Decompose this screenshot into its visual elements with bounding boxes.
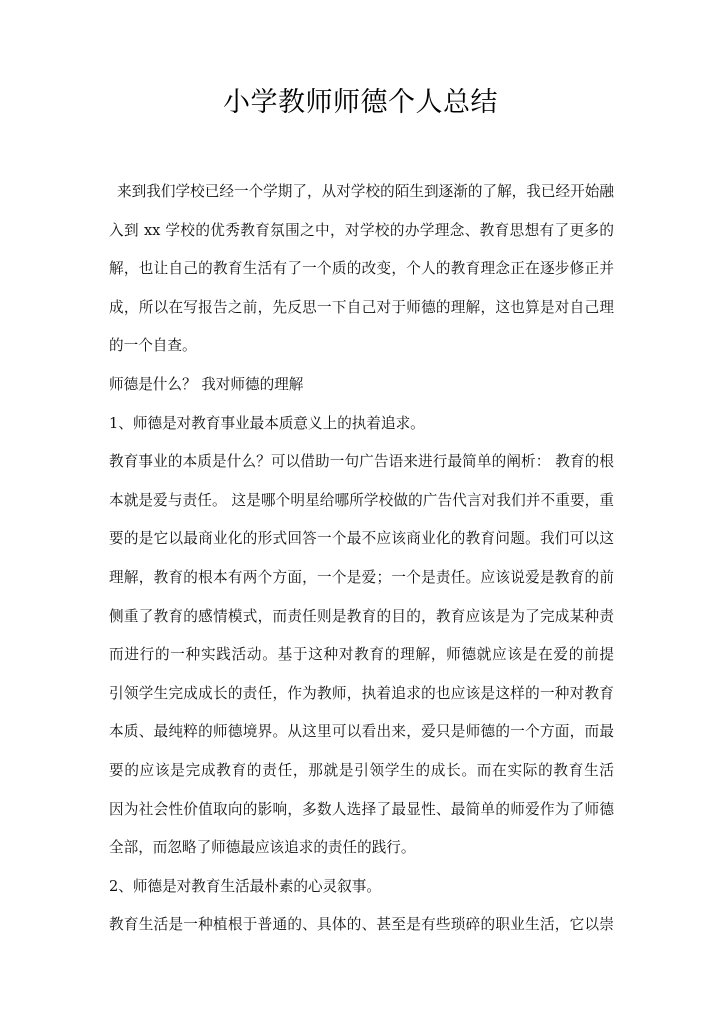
section-heading: 师德是什么？ 我对师德的理解 — [109, 366, 614, 405]
text-line: 入到 xx 学校的优秀教育氛围之中，对学校的办学理念、教育思想有了更多的理 — [109, 212, 614, 251]
document-title: 小学教师师德个人总结 — [0, 85, 721, 121]
text-line: 解，也让自己的教育生活有了一个质的改变，个人的教育理念正在逐步修正并形 — [109, 250, 614, 289]
numbered-heading: 1、师德是对教育事业最本质意义上的执着追求。 — [109, 405, 614, 444]
text-line: 而进行的一种实践活动。基于这种对教育的理解，师德就应该是在爱的前提下， — [109, 636, 614, 675]
text-line: 本就是爱与责任。 这是哪个明星给哪所学校做的广告代言对我们并不重要，重 — [109, 482, 614, 521]
text-line: 要的应该是完成教育的责任，那就是引领学生的成长。而在实际的教育生活中， — [109, 752, 614, 791]
text-line: 来到我们学校已经一个学期了，从对学校的陌生到逐渐的了解，我已经开始融 — [109, 173, 614, 212]
numbered-heading: 2、师德是对教育生活最朴素的心灵叙事。 — [109, 868, 614, 907]
text-line: 本质、最纯粹的师德境界。从这里可以看出来，爱只是师德的一个方面，而最重 — [109, 713, 614, 752]
text-line: 因为社会性价值取向的影响，多数人选择了最显性、最简单的师爱作为了师德的 — [109, 791, 614, 830]
text-line: 侧重了教育的感情模式，而责任则是教育的目的，教育应该是为了完成某种责任 — [109, 598, 614, 637]
text-line: 理解，教育的根本有两个方面，一个是爱；一个是责任。应该说爱是教育的前提 — [109, 559, 614, 598]
text-line: 要的是它以最商业化的形式回答一个最不应该商业化的教育问题。我们可以这样 — [109, 520, 614, 559]
text-line: 引领学生完成成长的责任，作为教师，执着追求的也应该是这样的一种对教育最 — [109, 675, 614, 714]
text-line: 的一个自查。 — [109, 327, 614, 366]
document-page: 小学教师师德个人总结 来到我们学校已经一个学期了，从对学校的陌生到逐渐的了解，我… — [0, 0, 721, 1020]
document-body: 来到我们学校已经一个学期了，从对学校的陌生到逐渐的了解，我已经开始融 入到 xx… — [109, 173, 614, 945]
text-line: 全部，而忽略了师德最应该追求的责任的践行。 — [109, 829, 614, 868]
text-line: 教育事业的本质是什么？可以借助一句广告语来进行最简单的阐析： 教育的根 — [109, 443, 614, 482]
text-line: 教育生活是一种植根于普通的、具体的、甚至是有些琐碎的职业生活，它以崇高 — [109, 906, 614, 945]
text-line: 成，所以在写报告之前，先反思一下自己对于师德的理解，这也算是对自己理念 — [109, 289, 614, 328]
